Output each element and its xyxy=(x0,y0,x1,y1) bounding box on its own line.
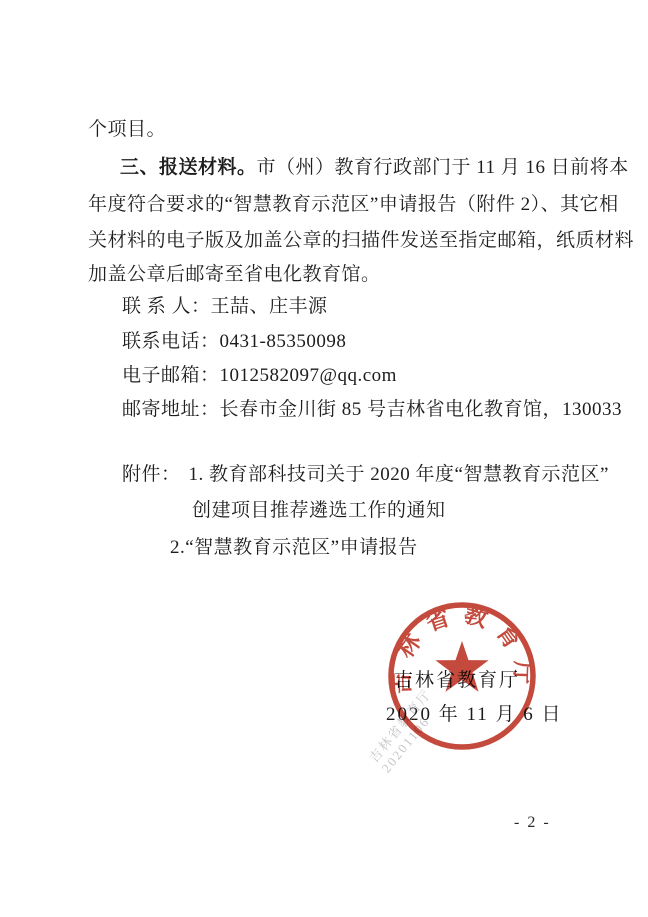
official-seal: 吉林省教育厅 xyxy=(377,591,547,761)
section-line-4: 加盖公章后邮寄至省电化教育馆。 xyxy=(88,263,568,286)
page-number: - 2 - xyxy=(514,814,551,832)
section-line-3: 关材料的电子版及加盖公章的扫描件发送至指定邮箱，纸质材料 xyxy=(88,229,568,252)
contact-address-line: 邮寄地址：长春市金川街 85 号吉林省电化教育馆，130033 xyxy=(122,398,602,421)
attachments-label: 附件： xyxy=(122,464,181,485)
contact-person-line: 联 系 人：王喆、庄丰源 xyxy=(122,295,602,318)
official-seal-graphic: 吉林省教育厅 xyxy=(377,591,547,761)
attachment-line-2: 创建项目推荐遴选工作的通知 xyxy=(192,499,648,522)
attachment-line-1: 附件：1. 教育部科技司关于 2020 年度“智慧教育示范区” xyxy=(122,463,602,486)
contact-phone-line: 联系电话：0431-85350098 xyxy=(122,330,602,353)
section-line-1: 三、报送材料。市（州）教育行政部门于 11 月 16 日前将本 xyxy=(88,156,600,179)
document-page: 个项目。 三、报送材料。市（州）教育行政部门于 11 月 16 日前将本 年度符… xyxy=(0,0,648,917)
attachment-line-3: 2.“智慧教育示范区”申请报告 xyxy=(170,536,648,559)
seal-star-icon xyxy=(435,641,488,692)
paragraph-end-line: 个项目。 xyxy=(88,118,568,141)
contact-email-line: 电子邮箱：1012582097@qq.com xyxy=(122,364,602,387)
section-heading: 三、报送材料。 xyxy=(120,157,257,178)
attachment-item-1: 1. 教育部科技司关于 2020 年度“智慧教育示范区” xyxy=(189,464,609,485)
section-text: 市（州）教育行政部门于 11 月 16 日前将本 xyxy=(257,157,629,178)
section-line-2: 年度符合要求的“智慧教育示范区”申请报告（附件 2）、其它相 xyxy=(88,193,568,216)
